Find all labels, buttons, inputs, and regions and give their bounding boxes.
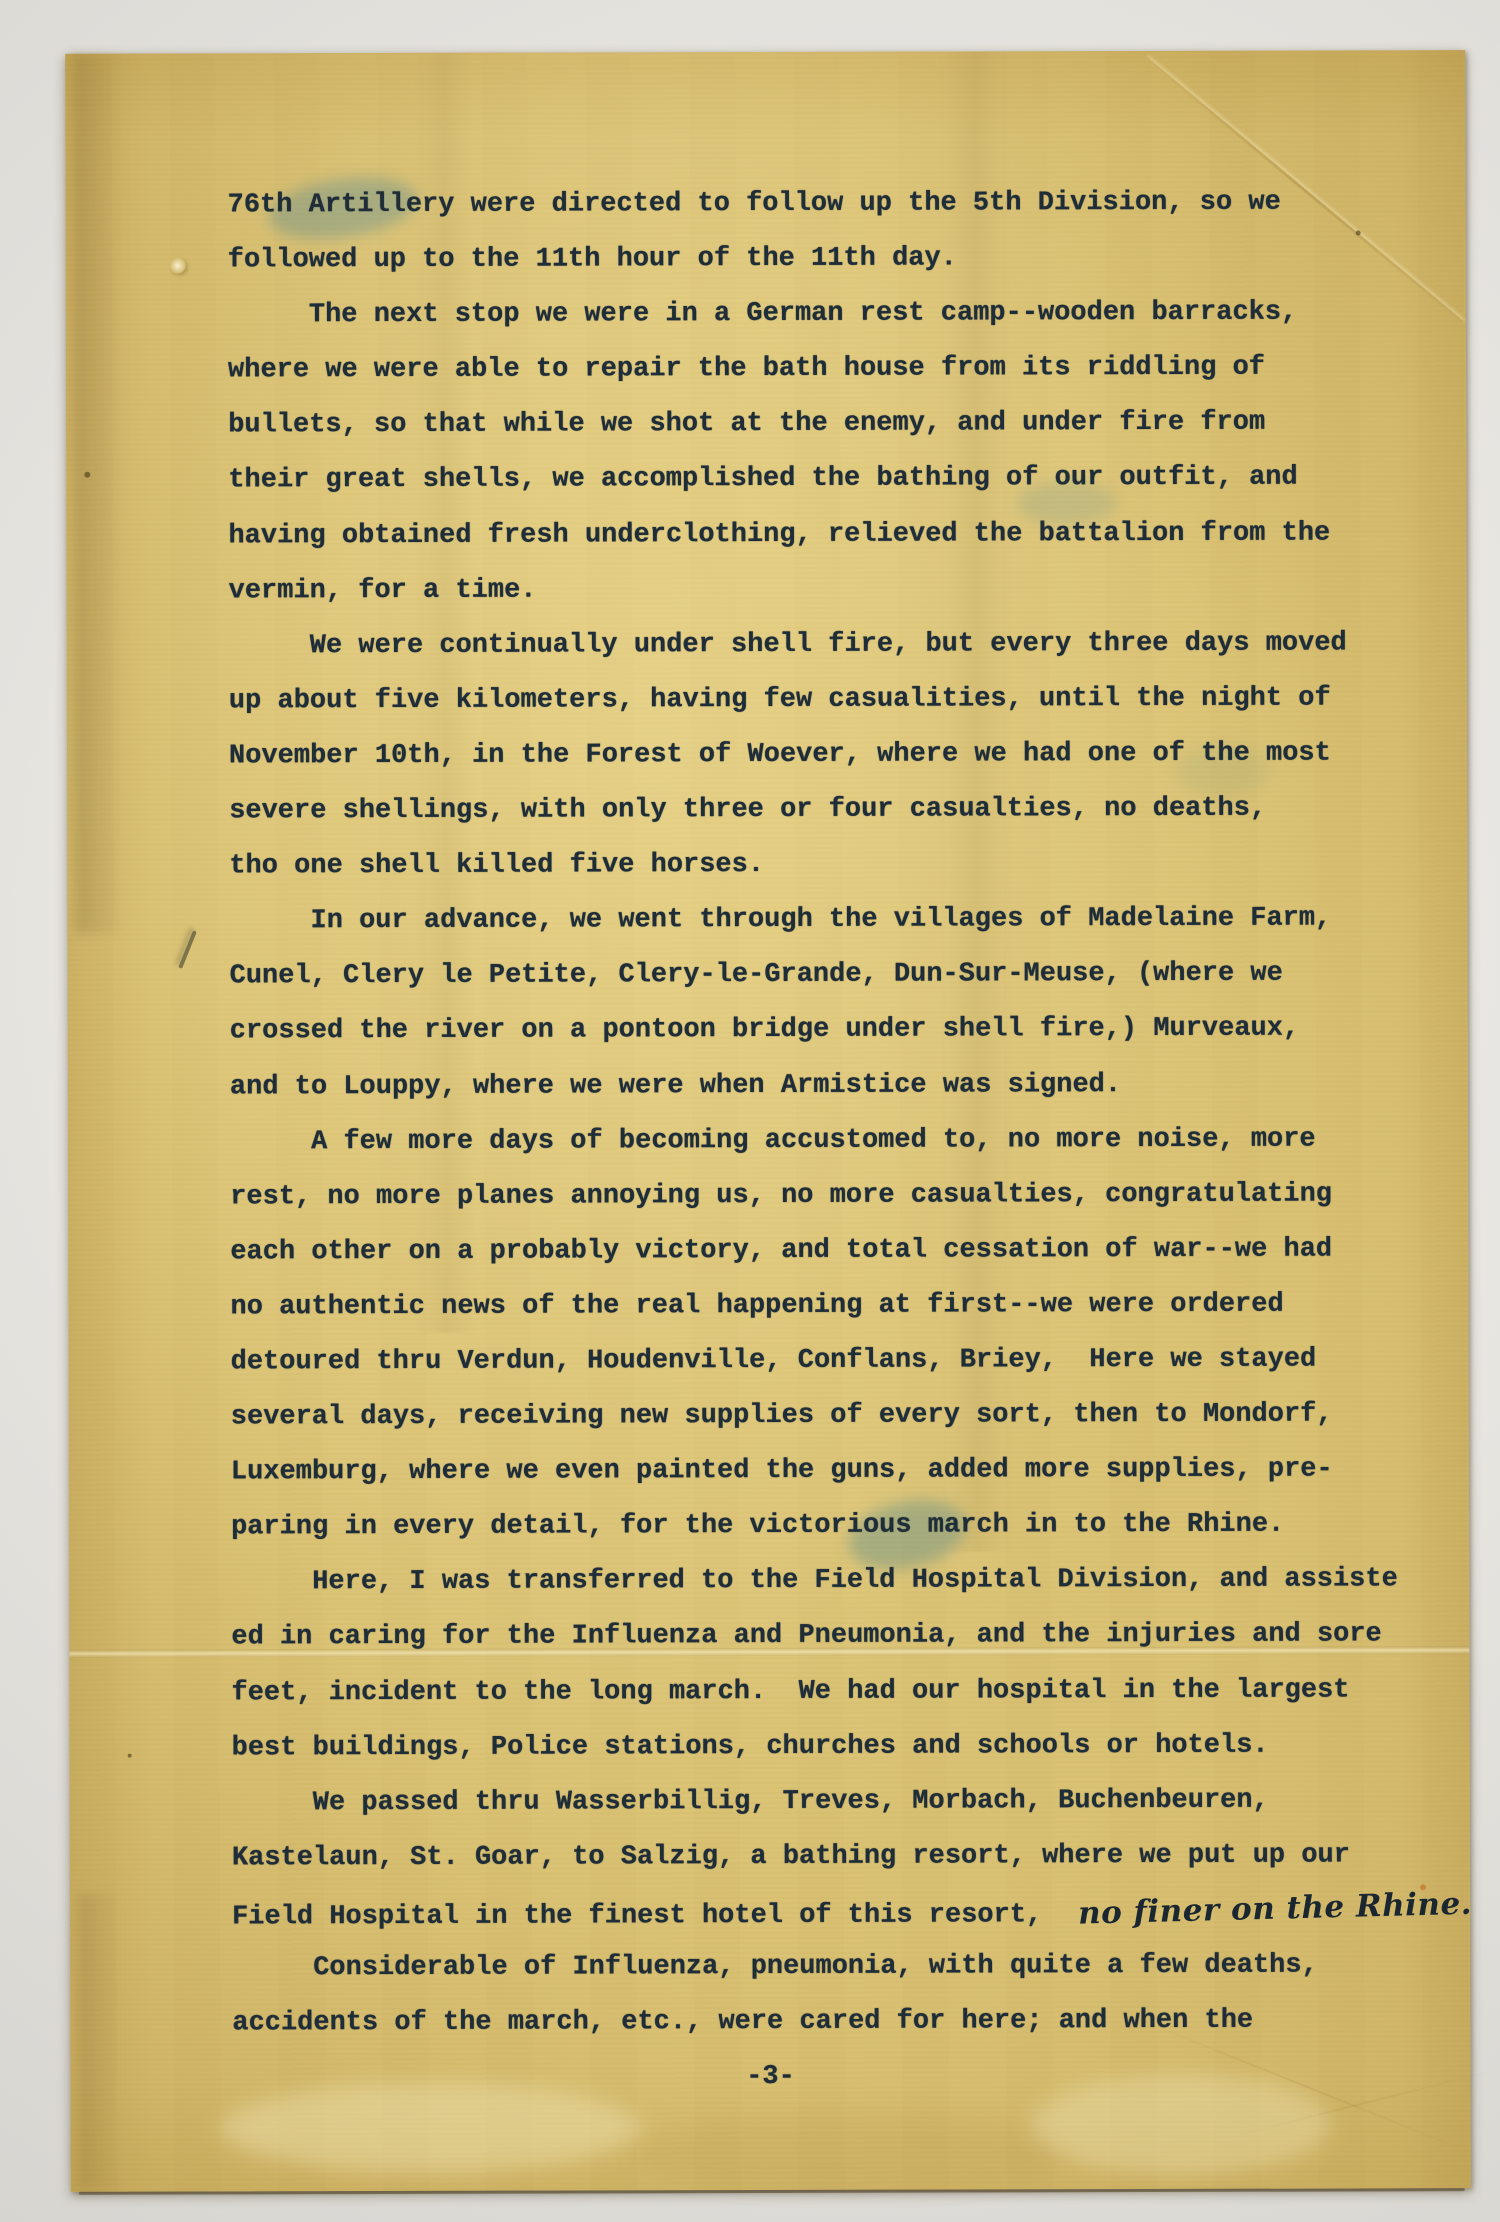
typed-line: A few more days of becoming accustomed t…: [230, 1112, 1410, 1170]
handwritten-annotation: no finer on the Rhine.: [1078, 1877, 1473, 1942]
typed-text-block: 76th Artillery were directed to follow u…: [228, 175, 1413, 2051]
document-page: 76th Artillery were directed to follow u…: [65, 50, 1471, 2192]
typed-line: and to Louppy, where we were when Armist…: [230, 1057, 1410, 1115]
typed-line-text: best buildings, Police stations, churche…: [232, 1730, 1269, 1763]
paper-speck: [128, 1754, 132, 1758]
typed-line: The next stop we were in a German rest c…: [228, 286, 1408, 344]
typed-line-text: The next stop we were in a German rest c…: [309, 298, 1297, 331]
typed-line: their great shells, we accomplished the …: [228, 451, 1408, 509]
typed-line-text: severe shellings, with only three or fou…: [229, 794, 1266, 827]
typed-line-text: several days, receiving new supplies of …: [231, 1400, 1333, 1433]
typed-line-text: Kastelaun, St. Goar, to Salzig, a bathin…: [232, 1840, 1350, 1873]
typed-line: several days, receiving new supplies of …: [231, 1387, 1411, 1445]
typed-line-text: tho one shell killed five horses.: [229, 850, 764, 881]
typed-line-text: Cunel, Clery le Petite, Clery-le-Grande,…: [230, 959, 1283, 992]
typed-line: 76th Artillery were directed to follow u…: [228, 175, 1408, 233]
typed-line: crossed the river on a pontoon bridge un…: [230, 1002, 1410, 1060]
typed-line-text: Considerable of Influenza, pneumonia, wi…: [313, 1951, 1318, 1984]
typed-line-text: each other on a probably victory, and to…: [230, 1234, 1332, 1267]
typed-line: no authentic news of the real happening …: [230, 1277, 1410, 1335]
typed-line: Considerable of Influenza, pneumonia, wi…: [232, 1938, 1412, 1996]
typed-line: November 10th, in the Forest of Woever, …: [229, 726, 1409, 784]
typed-line-text: We were continually under shell fire, bu…: [310, 628, 1347, 661]
typed-line-text: 76th Artillery were directed to follow u…: [228, 188, 1281, 221]
typed-line-text: We passed thru Wasserbillig, Treves, Mor…: [313, 1785, 1269, 1818]
typed-line-text: followed up to the 11th hour of the 11th…: [228, 244, 957, 276]
typed-line-text: vermin, for a time.: [229, 575, 537, 606]
typed-line: bullets, so that while we shot at the en…: [228, 396, 1408, 454]
paper-speck: [84, 472, 90, 478]
typed-line: feet, incident to the long march. We had…: [231, 1663, 1411, 1721]
typed-line: up about five kilometers, having few cas…: [229, 671, 1409, 729]
paper-shadow-left-bottom: [78, 1894, 123, 2190]
typed-line-text: Here, I was transferred to the Field Hos…: [312, 1565, 1398, 1598]
typed-line: rest, no more planes annoying us, no mor…: [230, 1167, 1410, 1225]
typed-line-text: no authentic news of the real happening …: [230, 1290, 1283, 1323]
typed-line: ed in caring for the Influenza and Pneum…: [231, 1608, 1411, 1666]
typed-line: severe shellings, with only three or fou…: [229, 781, 1409, 839]
pencil-check-mark: [178, 930, 197, 969]
typed-line: followed up to the 11th hour of the 11th…: [228, 230, 1408, 288]
typed-line: detoured thru Verdun, Houdenville, Confl…: [231, 1332, 1411, 1390]
watermark-ghost: [631, 2111, 1071, 2192]
typed-line-text: Field Hospital in the finest hotel of th…: [232, 1900, 1042, 1932]
typed-line-text: rest, no more planes annoying us, no mor…: [230, 1179, 1332, 1212]
typed-line: We were continually under shell fire, bu…: [229, 616, 1409, 674]
typed-line: Luxemburg, where we even painted the gun…: [231, 1442, 1411, 1500]
typed-line-text: Luxemburg, where we even painted the gun…: [231, 1455, 1333, 1488]
typed-line: tho one shell killed five horses.: [229, 836, 1409, 894]
typed-line-text: ed in caring for the Influenza and Pneum…: [231, 1620, 1381, 1653]
typed-line: accidents of the march, etc., were cared…: [232, 1993, 1412, 2051]
paper-shadow-left-top: [73, 54, 127, 934]
typed-line-text: A few more days of becoming accustomed t…: [311, 1124, 1316, 1157]
typed-line: vermin, for a time.: [229, 561, 1409, 619]
page-number: -3-: [70, 2048, 1470, 2107]
typed-line: where we were able to repair the bath ho…: [228, 341, 1408, 399]
typed-line: best buildings, Police stations, churche…: [232, 1718, 1412, 1776]
typed-line-text: detoured thru Verdun, Houdenville, Confl…: [231, 1345, 1317, 1378]
typed-line: In our advance, we went through the vill…: [229, 892, 1409, 950]
typed-line-text: bullets, so that while we shot at the en…: [228, 408, 1265, 441]
typed-line-text: November 10th, in the Forest of Woever, …: [229, 738, 1331, 771]
typed-line-text: accidents of the march, etc., were cared…: [232, 2006, 1253, 2039]
typed-line-text: feet, incident to the long march. We had…: [231, 1675, 1349, 1708]
typed-line-text: In our advance, we went through the vill…: [310, 904, 1331, 937]
paper-dent: [170, 258, 186, 274]
typed-line: each other on a probably victory, and to…: [230, 1222, 1410, 1280]
typed-line-text: where we were able to repair the bath ho…: [228, 353, 1265, 386]
typed-line: Here, I was transferred to the Field Hos…: [231, 1553, 1411, 1611]
typed-line: We passed thru Wasserbillig, Treves, Mor…: [232, 1773, 1412, 1831]
typed-line: having obtained fresh underclothing, rel…: [228, 506, 1408, 564]
typed-line-text: up about five kilometers, having few cas…: [229, 683, 1331, 716]
typed-line-text: their great shells, we accomplished the …: [228, 463, 1297, 496]
typed-line: Kastelaun, St. Goar, to Salzig, a bathin…: [232, 1828, 1412, 1886]
typed-line-text: paring in every detail, for the victorio…: [231, 1510, 1284, 1543]
typed-line: paring in every detail, for the victorio…: [231, 1498, 1411, 1556]
typed-line: Cunel, Clery le Petite, Clery-le-Grande,…: [230, 947, 1410, 1005]
typed-line-text: and to Louppy, where we were when Armist…: [230, 1070, 1121, 1102]
typed-line: Field Hospital in the finest hotel of th…: [232, 1883, 1412, 1941]
typed-line-text: crossed the river on a pontoon bridge un…: [230, 1014, 1299, 1047]
typed-line-text: having obtained fresh underclothing, rel…: [228, 518, 1330, 551]
